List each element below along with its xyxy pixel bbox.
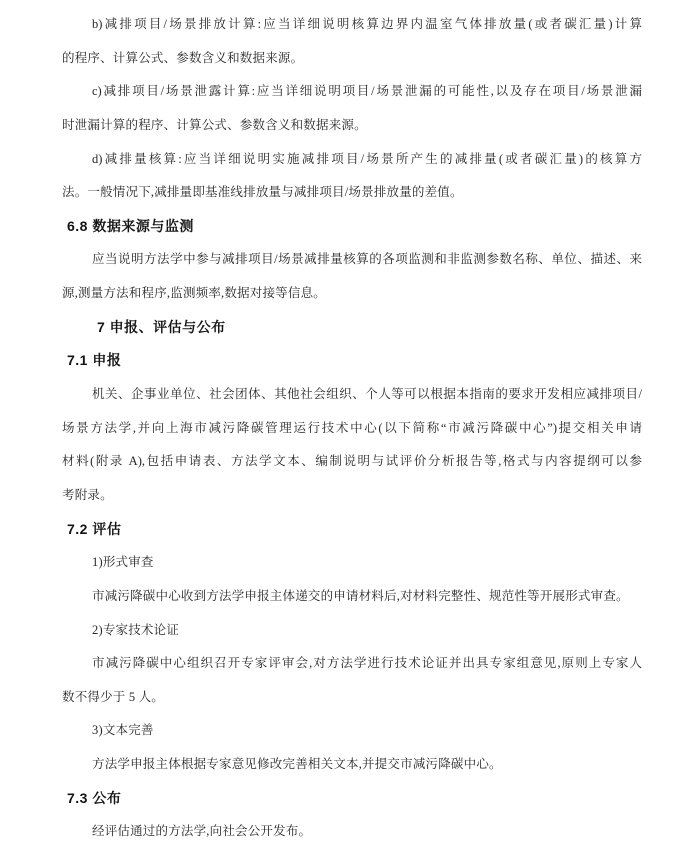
heading-6-8: 6.8 数据来源与监测 <box>67 210 642 244</box>
item-c-line-2: 时泄漏计算的程序、计算公式、参数含义和数据来源。 <box>62 109 642 143</box>
para-7-1-line-4: 考附录。 <box>62 479 642 513</box>
para-7-1-line-2: 场景方法学,并向上海市减污降碳管理运行技术中心(以下简称“市减污降碳中心”)提交… <box>62 412 642 446</box>
para-expert-line-2: 数不得少于 5 人。 <box>62 681 642 715</box>
para-7-1-line-1: 机关、企事业单位、社会团体、其他社会组织、个人等可以根据本指南的要求开发相应减排… <box>62 378 642 412</box>
item-d-line-2: 法。一般情况下,减排量即基准线排放量与减排项目/场景排放量的差值。 <box>62 176 642 210</box>
document-page: b)减排项目/场景排放计算:应当详细说明核算边界内温室气体排放量(或者碳汇量)计… <box>0 0 698 849</box>
item-d-line-1: d)减排量核算:应当详细说明实施减排项目/场景所产生的减排量(或者碳汇量)的核算… <box>62 143 642 177</box>
para-publish: 经评估通过的方法学,向社会公开发布。 <box>62 815 642 849</box>
item-c-line-1: c)减排项目/场景泄露计算:应当详细说明项目/场景泄漏的可能性,以及存在项目/场… <box>62 75 642 109</box>
item-3-label: 3)文本完善 <box>62 714 642 748</box>
para-6-8-line-2: 源,测量方法和程序,监测频率,数据对接等信息。 <box>62 277 642 311</box>
item-b-line-2: 的程序、计算公式、参数含义和数据来源。 <box>62 42 642 76</box>
heading-7: 7 申报、评估与公布 <box>97 311 642 345</box>
item-b-line-1: b)减排项目/场景排放计算:应当详细说明核算边界内温室气体排放量(或者碳汇量)计… <box>62 8 642 42</box>
para-expert-line-1: 市减污降碳中心组织召开专家评审会,对方法学进行技术论证并出具专家组意见,原则上专… <box>62 647 642 681</box>
item-2-label: 2)专家技术论证 <box>62 614 642 648</box>
heading-7-2: 7.2 评估 <box>67 513 642 547</box>
para-form-review: 市减污降碳中心收到方法学申报主体递交的申请材料后,对材料完整性、规范性等开展形式… <box>62 580 642 614</box>
para-text-improve: 方法学申报主体根据专家意见修改完善相关文本,并提交市减污降碳中心。 <box>62 748 642 782</box>
para-7-1-line-3: 材料(附录 A),包括申请表、方法学文本、编制说明与试评价分析报告等,格式与内容… <box>62 445 642 479</box>
item-1-label: 1)形式审查 <box>62 546 642 580</box>
heading-7-1: 7.1 申报 <box>67 344 642 378</box>
heading-7-3: 7.3 公布 <box>67 782 642 816</box>
para-6-8-line-1: 应当说明方法学中参与减排项目/场景减排量核算的各项监测和非监测参数名称、单位、描… <box>62 243 642 277</box>
